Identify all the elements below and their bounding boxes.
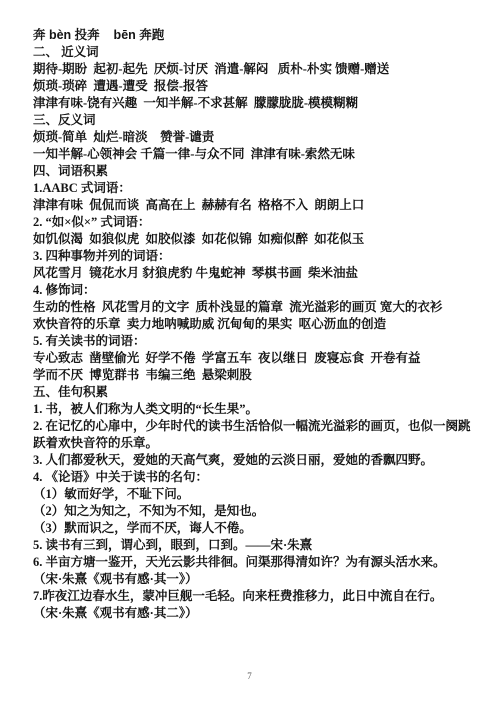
text-line: 烦琐-琐碎 遭遇-遭受 报偿-报答 <box>33 78 477 95</box>
text-line: 五、佳句积累 <box>33 384 477 401</box>
text-line: 期待-期盼 起初-起先 厌烦-讨厌 消遣-解闷 质朴-朴实 馈赠-赠送 <box>33 61 477 78</box>
text-line: （2）知之为知之，不知为不知，是知也。 <box>33 503 477 520</box>
text-line: （1）敏而好学，不耻下问。 <box>33 486 477 503</box>
text-line: 3. 人们都爱秋天，爱她的天高气爽，爱她的云淡日丽，爱她的香飘四野。 <box>33 452 477 469</box>
text-line: 风花雪月 镜花水月 豺狼虎豹 牛鬼蛇神 琴棋书画 柴米油盐 <box>33 265 477 282</box>
text-line: 跃着欢快音符的乐章。 <box>33 435 477 452</box>
pinyin-header-line: 奔 bèn 投奔 bēn 奔跑 <box>33 27 477 44</box>
text-line: 欢快音符的乐章 卖力地呐喊助威 沉甸甸的果实 呕心沥血的创造 <box>33 316 477 333</box>
page-number: 7 <box>0 671 499 681</box>
text-line: 一知半解-心领神会 千篇一律-与众不同 津津有味-索然无味 <box>33 146 477 163</box>
text-line: 1. 书，被人们称为人类文明的“长生果”。 <box>33 401 477 418</box>
document-page: 奔 bèn 投奔 bēn 奔跑二、 近义词期待-期盼 起初-起先 厌烦-讨厌 消… <box>0 0 499 706</box>
text-line: 学而不厌 博览群书 韦编三绝 悬梁刺股 <box>33 367 477 384</box>
text-line: 4. 《论语》中关于读书的名句： <box>33 469 477 486</box>
text-line: 5. 有关读书的词语： <box>33 333 477 350</box>
text-line: （宋·朱熹《观书有感·其一》） <box>33 571 477 588</box>
text-line: 3. 四种事物并列的词语： <box>33 248 477 265</box>
document-content: 奔 bèn 投奔 bēn 奔跑二、 近义词期待-期盼 起初-起先 厌烦-讨厌 消… <box>33 27 477 622</box>
text-line: 如饥似渴 如狼似虎 如胶似漆 如花似锦 如痴似醉 如花似玉 <box>33 231 477 248</box>
text-line: 烦琐-简单 灿烂-暗淡 赞誉-谴责 <box>33 129 477 146</box>
text-line: 5. 读书有三到，谓心到，眼到，口到。——宋·朱熹 <box>33 537 477 554</box>
text-line: 4. 修饰词： <box>33 282 477 299</box>
text-line: 7.昨夜江边春水生，蒙冲巨舰一毛轻。向来枉费推移力，此日中流自在行。 <box>33 588 477 605</box>
text-line: 2. “如×似×” 式词语： <box>33 214 477 231</box>
text-line: （3）默而识之，学而不厌，诲人不倦。 <box>33 520 477 537</box>
text-line: 津津有味-饶有兴趣 一知半解-不求甚解 朦朦胧胧-模模糊糊 <box>33 95 477 112</box>
text-line: 1.AABC 式词语： <box>33 180 477 197</box>
text-line: 生动的性格 风花雪月的文字 质朴浅显的篇章 流光溢彩的画页 宽大的衣衫 <box>33 299 477 316</box>
text-line: 二、 近义词 <box>33 44 477 61</box>
text-line: 6. 半亩方塘一鉴开，天光云影共徘徊。问渠那得清如许？为有源头活水来。 <box>33 554 477 571</box>
text-line: 津津有味 侃侃而谈 高高在上 赫赫有名 格格不入 朗朗上口 <box>33 197 477 214</box>
text-line: 四、词语积累 <box>33 163 477 180</box>
text-line: 2. 在记忆的心扉中，少年时代的读书生活恰似一幅流光溢彩的画页，也似一阕跳 <box>33 418 477 435</box>
text-line: （宋·朱熹《观书有感·其二》） <box>33 605 477 622</box>
text-line: 三、反义词 <box>33 112 477 129</box>
text-line: 专心致志 凿壁偷光 好学不倦 学富五车 夜以继日 废寝忘食 开卷有益 <box>33 350 477 367</box>
